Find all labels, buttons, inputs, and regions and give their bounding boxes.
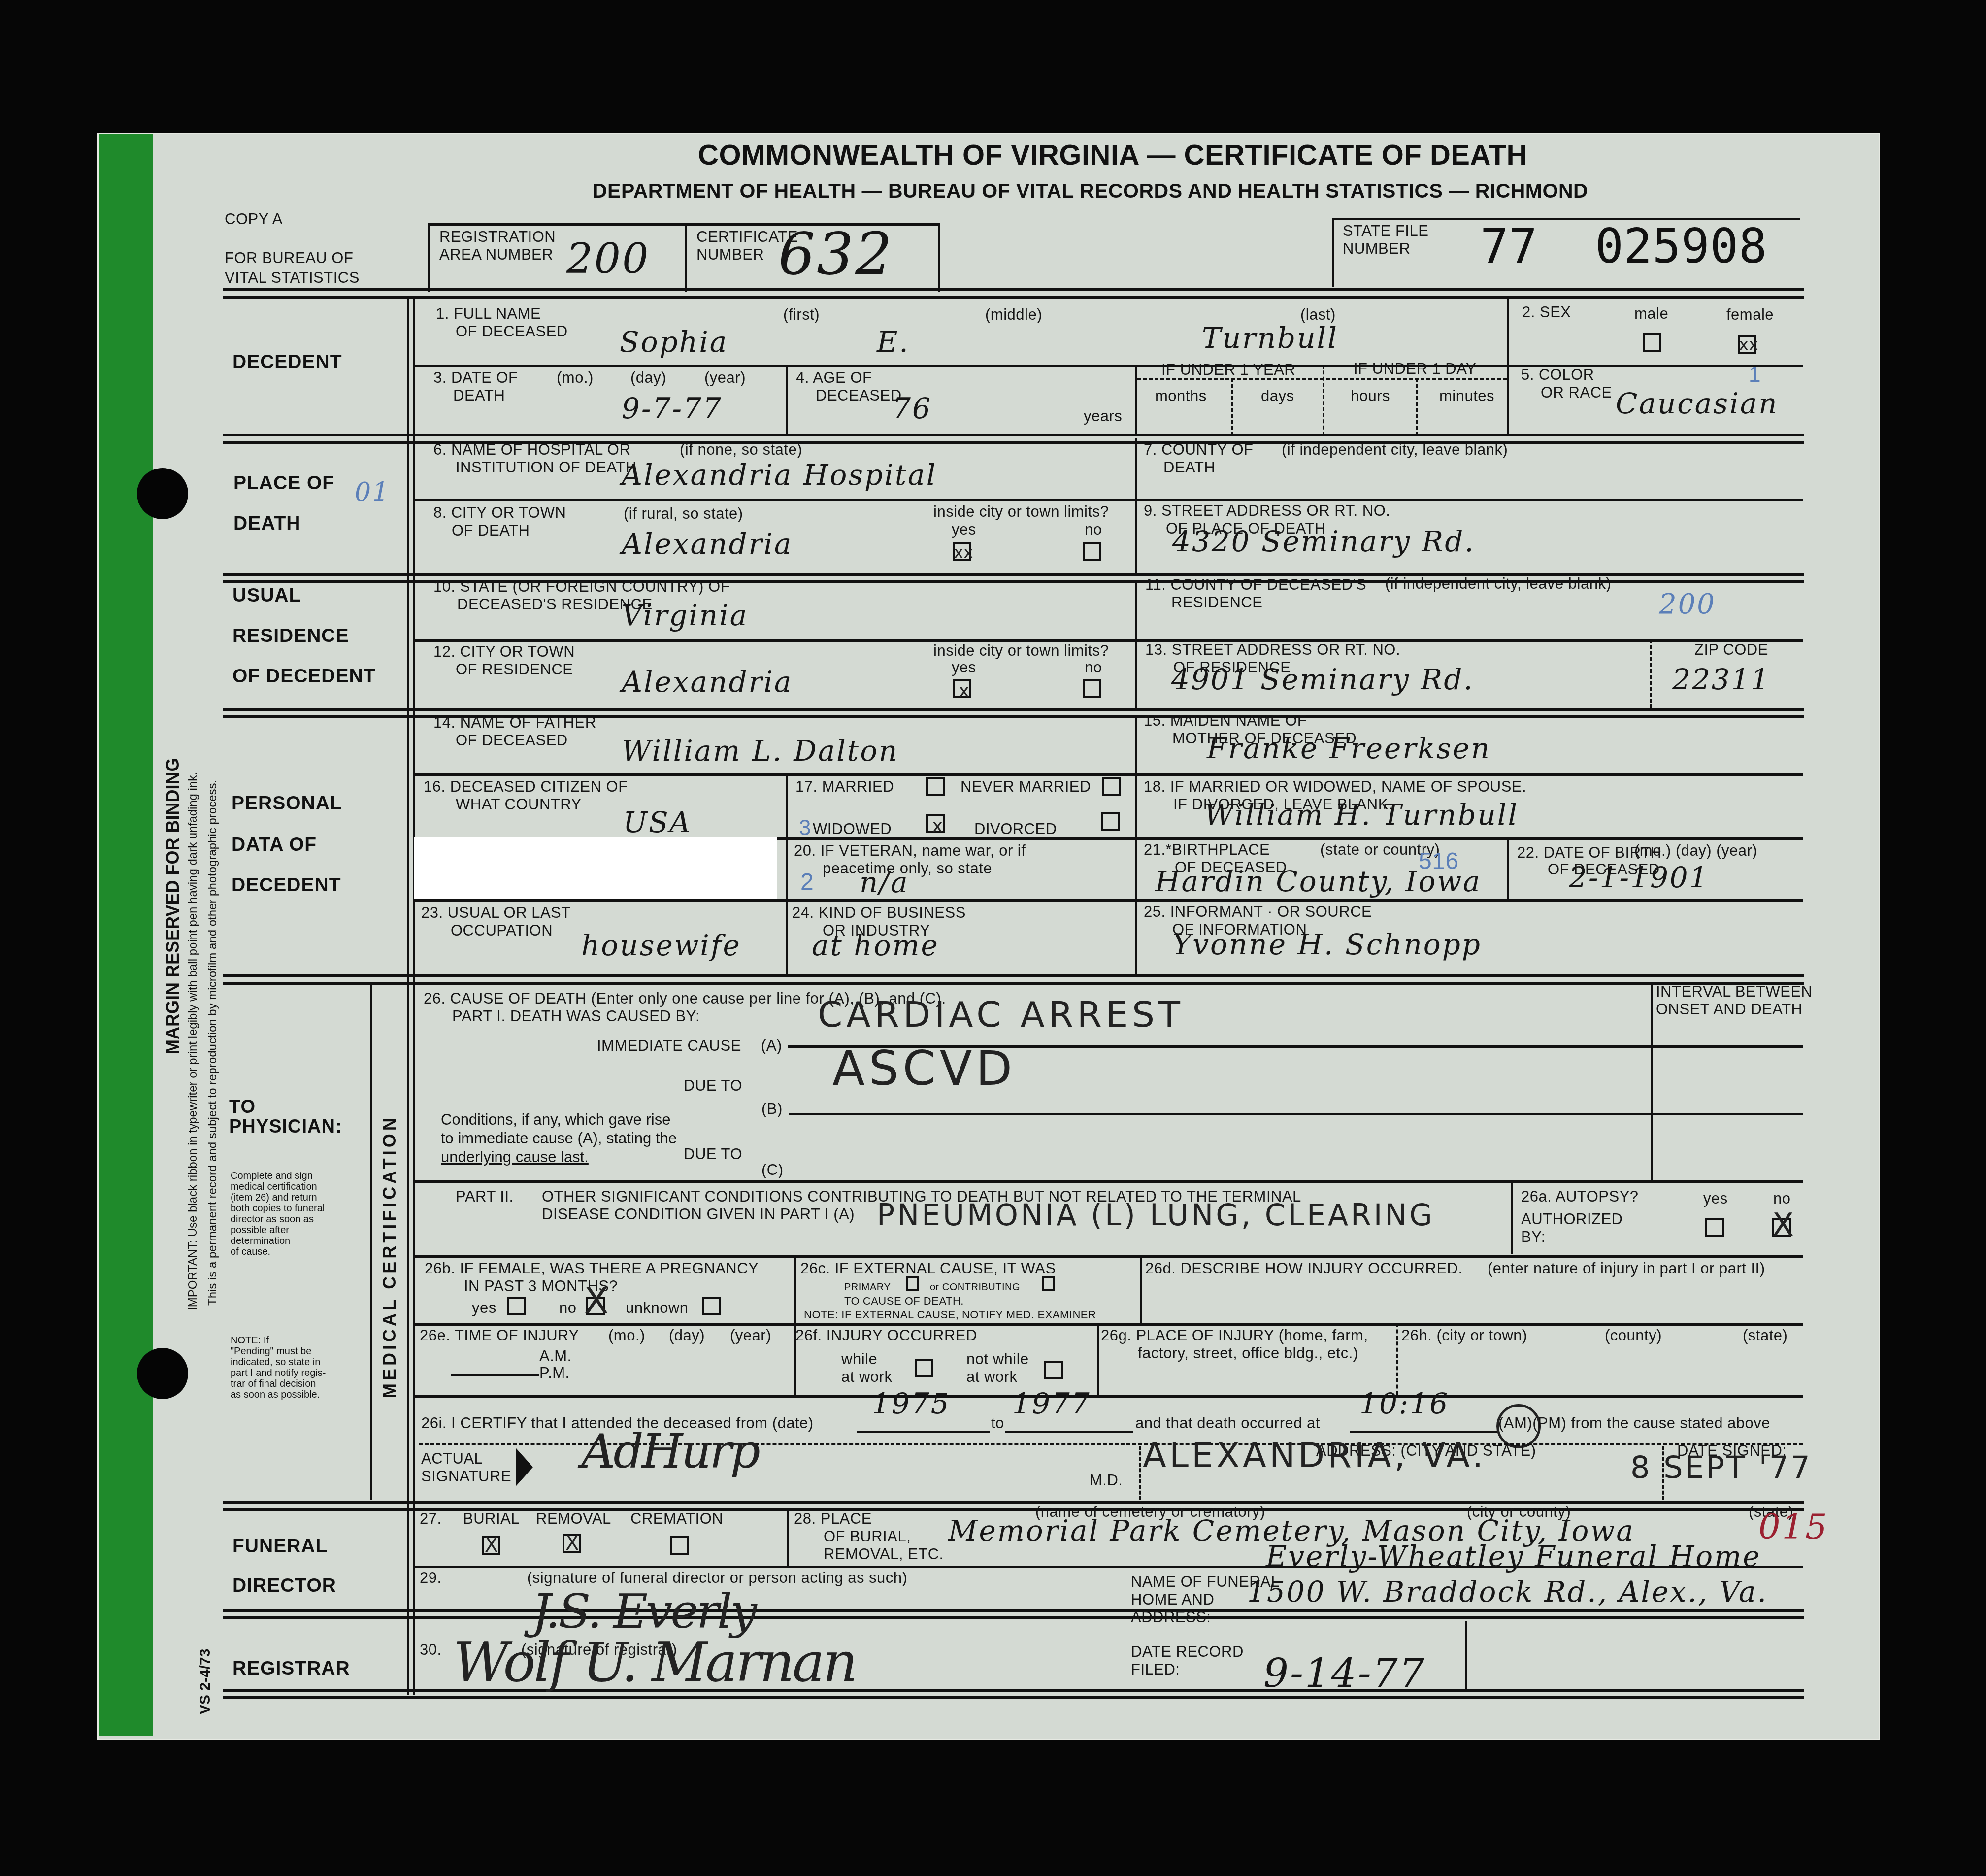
f1-label: 1. FULL NAME	[436, 304, 541, 323]
divider	[938, 223, 940, 292]
medical-certification-label: MEDICAL CERTIFICATION	[379, 1115, 400, 1398]
month-hint: (mo.)	[557, 368, 594, 387]
registration-label-2: AREA NUMBER	[439, 245, 553, 264]
while-at-work-checkbox[interactable]	[915, 1359, 933, 1377]
form-number: VS 2-4/73	[197, 1649, 214, 1714]
rule	[223, 288, 1804, 299]
due-to-label: DUE TO	[684, 1076, 742, 1095]
attended-from-value[interactable]: 1975	[872, 1394, 951, 1413]
f30-label: 30.	[420, 1641, 442, 1659]
actual-signature-label: ACTUAL	[421, 1449, 483, 1468]
ti-day-hint: (day)	[669, 1326, 705, 1344]
veteran-value[interactable]: n/a	[860, 873, 909, 892]
f6-label-2: INSTITUTION OF DEATH	[456, 458, 637, 476]
never-married-checkbox[interactable]	[1102, 777, 1121, 796]
at-work-label: at work	[841, 1368, 892, 1386]
pregnancy-yes-checkbox[interactable]	[507, 1297, 526, 1315]
f3-label: 3. DATE OF	[433, 368, 518, 387]
state-file-number: 77 025908	[1480, 222, 1767, 271]
marital-code: 3	[799, 819, 811, 837]
sex-male-checkbox[interactable]	[1643, 333, 1661, 352]
attended-to-value[interactable]: 1977	[1012, 1394, 1091, 1413]
f4-label: 4. AGE OF	[796, 368, 872, 387]
document-title: COMMONWEALTH OF VIRGINIA — CERTIFICATE O…	[698, 139, 1527, 171]
registration-label: REGISTRATION	[439, 228, 556, 246]
copy-label: COPY A	[225, 210, 283, 228]
f24-label: 24. KIND OF BUSINESS	[792, 904, 966, 922]
f23-label-2: OCCUPATION	[451, 921, 553, 939]
divider	[1097, 1323, 1099, 1395]
f4-label-2: DECEASED	[816, 386, 902, 404]
widowed-label: WIDOWED	[813, 820, 892, 838]
injury-state-hint: (state)	[1743, 1326, 1787, 1344]
divider	[786, 365, 788, 436]
section-registrar: REGISTRAR	[232, 1659, 350, 1678]
autopsy-no-checkbox[interactable]: X	[1772, 1218, 1791, 1237]
f20-label: 20. IF VETERAN, name war, or if	[794, 841, 1026, 860]
dashed-divider	[1231, 378, 1233, 435]
race-value[interactable]: Caucasian	[1616, 394, 1779, 413]
f14-label: 14. NAME OF FATHER	[433, 713, 596, 732]
dashed-divider	[1396, 1323, 1398, 1395]
f8-limits-label: inside city or town limits?	[933, 502, 1109, 521]
column-divider	[413, 296, 415, 1695]
f7-hint: (if independent city, leave blank)	[1282, 440, 1508, 459]
f11-label-2: RESIDENCE	[1171, 593, 1262, 611]
birthplace-value[interactable]: Hardin County, Iowa	[1155, 872, 1482, 891]
burial-label: BURIAL	[463, 1509, 520, 1528]
divider	[1135, 365, 1137, 436]
f3-label-2: DEATH	[453, 386, 505, 404]
section-physician: TO	[229, 1098, 256, 1116]
pregnancy-unknown-label: unknown	[626, 1299, 689, 1317]
cause-header-2: PART I. DEATH WAS CAUSED BY:	[452, 1007, 700, 1025]
injury-county-hint: (county)	[1605, 1326, 1662, 1344]
injury-city-hint: 26h. (city or town)	[1401, 1326, 1527, 1344]
f12-inside-no-checkbox[interactable]	[1083, 679, 1101, 698]
residence-street-value[interactable]: 4901 Seminary Rd.	[1171, 670, 1474, 689]
binding-strip	[99, 134, 153, 1736]
interval-label: INTERVAL BETWEEN	[1656, 982, 1813, 1001]
male-label: male	[1634, 304, 1668, 323]
time-of-death-value[interactable]: 10:16	[1359, 1394, 1449, 1413]
autopsy-label: 26a. AUTOPSY?	[1521, 1187, 1639, 1206]
section-place-of-death-2: DEATH	[233, 514, 300, 533]
divider	[1651, 983, 1653, 1180]
time-of-injury-label: 26e. TIME OF INJURY	[420, 1326, 579, 1344]
date-filed-label-2: FILED:	[1131, 1660, 1180, 1678]
occupation-value[interactable]: housewife	[581, 936, 741, 955]
contributing-checkbox[interactable]	[1042, 1276, 1055, 1291]
f12-inside-yes-checkbox[interactable]: x	[953, 679, 971, 698]
zip-label: ZIP CODE	[1694, 640, 1768, 659]
rule	[414, 1180, 1803, 1183]
pending-note: NOTE: If"Pending" must beindicated, so s…	[231, 1335, 373, 1400]
arrow-icon	[516, 1448, 533, 1486]
divider	[1507, 837, 1509, 901]
first-hint: (first)	[783, 305, 820, 324]
funeral-home-name-value[interactable]: Everly-Wheatley Funeral Home	[1266, 1547, 1761, 1566]
dashed-divider	[1650, 639, 1652, 708]
section-funeral-director: DIRECTOR	[232, 1576, 336, 1595]
margin-instruction-2: This is a permanent record and subject t…	[206, 780, 220, 1306]
f8-label: 8. CITY OR TOWN	[433, 503, 566, 522]
date-of-death-value[interactable]: 9-7-77	[622, 399, 723, 418]
f23-label: 23. USUAL OR LAST	[421, 904, 571, 922]
days-label: days	[1261, 387, 1294, 405]
f12-no-label: no	[1085, 658, 1102, 676]
f16-label-2: WHAT COUNTRY	[456, 795, 582, 813]
date-signed-value[interactable]: 8 SEPT '77	[1630, 1458, 1812, 1477]
dashed-divider	[1139, 1446, 1141, 1500]
pregnancy-no-checkbox[interactable]: X	[586, 1297, 605, 1315]
f28-label: 28. PLACE	[794, 1509, 872, 1528]
removal-checkbox[interactable]: X	[563, 1534, 581, 1553]
rule	[223, 974, 1804, 985]
state-code: 015	[1758, 1517, 1829, 1536]
primary-checkbox[interactable]	[906, 1276, 919, 1291]
rule	[414, 899, 1803, 902]
married-label: 17. MARRIED	[795, 777, 894, 796]
citizenship-value[interactable]: USA	[623, 813, 692, 832]
section-usual-residence: USUAL	[232, 586, 301, 605]
middle-name-value[interactable]: E.	[877, 333, 910, 351]
dashed-divider	[1323, 365, 1324, 435]
section-personal: PERSONAL	[232, 794, 342, 813]
industry-value[interactable]: at home	[812, 936, 939, 955]
not-at-work-label: at work	[966, 1368, 1017, 1386]
married-checkbox[interactable]	[926, 777, 945, 796]
divider	[1135, 717, 1137, 975]
f2-label: 2. SEX	[1522, 303, 1571, 321]
pregnancy-label: 26b. IF FEMALE, WAS THERE A PREGNANCY	[425, 1259, 759, 1277]
rule	[414, 365, 1803, 367]
years-label: years	[1084, 407, 1122, 425]
father-name-value[interactable]: William L. Dalton	[622, 741, 898, 760]
last-name-value[interactable]: Turnbull	[1202, 329, 1338, 347]
informant-value[interactable]: Yvonne H. Schnopp	[1172, 935, 1482, 954]
injury-description-label: 26d. DESCRIBE HOW INJURY OCCURRED.	[1145, 1259, 1463, 1277]
rule	[223, 1609, 1804, 1619]
mother-maiden-name-value[interactable]: Franke Freerksen	[1207, 739, 1491, 758]
injury-occurred-label: 26f. INJURY OCCURRED	[795, 1326, 977, 1344]
place-code: 01	[355, 483, 390, 502]
dashed-divider	[1416, 378, 1418, 435]
external-cause-label: 26c. IF EXTERNAL CAUSE, IT WAS	[800, 1259, 1056, 1277]
county-code: 200	[1659, 595, 1716, 614]
divider	[1140, 1255, 1142, 1324]
physician-signature[interactable]: AdHurp	[581, 1424, 759, 1479]
ampm-text: (AM)(PM) from the cause stated above	[1498, 1414, 1770, 1432]
rule	[414, 1395, 1803, 1398]
margin-title: MARGIN RESERVED FOR BINDING	[163, 758, 183, 1054]
under-day-label: IF UNDER 1 DAY	[1354, 360, 1476, 378]
cremation-label: CREMATION	[630, 1509, 723, 1528]
f29-label: 29.	[420, 1569, 442, 1587]
immediate-cause-label: IMMEDIATE CAUSE	[597, 1037, 741, 1055]
months-label: months	[1155, 387, 1207, 405]
first-name-value[interactable]: Sophia	[620, 333, 728, 351]
certificate-paper	[97, 133, 1880, 1740]
removal-label: REMOVAL	[536, 1509, 611, 1528]
f12-limits-label: inside city or town limits?	[933, 641, 1109, 660]
residence-state-value[interactable]: Virginia	[622, 606, 748, 625]
divider	[786, 773, 788, 975]
hours-label: hours	[1351, 387, 1390, 405]
f25-label: 25. INFORMANT · OR SOURCE	[1144, 903, 1372, 921]
f7-label-2: DEATH	[1163, 458, 1215, 476]
f12-yes-label: yes	[952, 658, 976, 676]
med-cert-divider	[370, 985, 372, 1500]
cause-a-marker: (A)	[761, 1037, 782, 1055]
f18-label: 18. IF MARRIED OR WIDOWED, NAME OF SPOUS…	[1144, 777, 1526, 796]
city-of-death-value[interactable]: Alexandria	[622, 535, 793, 553]
state-file-label: STATE FILE	[1343, 222, 1428, 240]
time-line	[451, 1374, 539, 1376]
to-label: to	[991, 1414, 1004, 1432]
f11-hint: (if independent city, leave blank)	[1385, 574, 1611, 593]
spouse-name-value[interactable]: William H. Turnbull	[1204, 805, 1519, 824]
md-label: M.D.	[1090, 1471, 1123, 1489]
burial-checkbox[interactable]: X	[482, 1536, 500, 1555]
binder-hole-bottom	[137, 1348, 188, 1399]
while-label: while	[841, 1350, 877, 1368]
hospital-value[interactable]: Alexandria Hospital	[622, 466, 937, 484]
due-to-label-2: DUE TO	[684, 1145, 742, 1163]
rule	[414, 773, 1803, 776]
autopsy-no-label: no	[1773, 1189, 1790, 1207]
residence-city-value[interactable]: Alexandria	[622, 672, 793, 691]
birth-date-value[interactable]: 2-1-1901	[1569, 868, 1709, 887]
margin-instruction-1: IMPORTANT: Use black ribbon in typewrite…	[186, 772, 200, 1310]
f1-label-2: OF DECEASED	[456, 322, 568, 340]
cause-a-value[interactable]: CARDIAC ARREST	[818, 1005, 1184, 1024]
copy-for-line-1: FOR BUREAU OF	[225, 249, 353, 267]
dashed-rule	[1137, 378, 1507, 380]
ti-year-hint: (year)	[730, 1326, 771, 1344]
year-hint: (year)	[704, 368, 746, 387]
f22-hint: (mo.) (day) (year)	[1634, 841, 1757, 860]
time-of-death-line	[1350, 1431, 1497, 1433]
column-divider	[407, 296, 409, 1695]
date-filed-label: DATE RECORD	[1131, 1642, 1244, 1661]
autopsy-yes-checkbox[interactable]	[1705, 1218, 1724, 1237]
age-value[interactable]: 76	[893, 399, 932, 418]
f28-label-3: REMOVAL, ETC.	[824, 1545, 944, 1563]
f8-inside-no-checkbox[interactable]	[1083, 542, 1101, 561]
date-filed-value[interactable]: 9-14-77	[1263, 1653, 1426, 1694]
physician-address-value[interactable]: ALEXANDRIA, VA.	[1143, 1446, 1486, 1465]
cause-c-marker: (C)	[761, 1161, 784, 1179]
autopsy-label-3: BY:	[1521, 1228, 1546, 1246]
divider	[685, 223, 687, 292]
document-subtitle: DEPARTMENT OF HEALTH — BUREAU OF VITAL R…	[593, 178, 1588, 203]
day-hint: (day)	[630, 368, 666, 387]
part2-label: PART II.	[456, 1187, 514, 1206]
f6-hint: (if none, so state)	[680, 440, 802, 459]
from-line	[857, 1431, 990, 1433]
am-label: A.M.	[539, 1347, 572, 1365]
registrar-signature[interactable]: Wolf U. Marnan	[453, 1631, 856, 1694]
funeral-home-label-3: ADDRESS:	[1131, 1608, 1211, 1626]
f7-label: 7. COUNTY OF	[1144, 440, 1253, 459]
redacted-field-19	[414, 837, 777, 899]
place-of-injury-label: 26g. PLACE OF INJURY (home, farm,	[1101, 1326, 1368, 1344]
funeral-home-label-2: HOME AND	[1131, 1590, 1214, 1608]
f14-label-2: OF DECEASED	[456, 731, 568, 749]
middle-hint: (middle)	[985, 305, 1042, 324]
divider	[794, 1255, 796, 1324]
cause-b-line	[789, 1113, 1803, 1115]
copy-for-line-2: VITAL STATISTICS	[225, 268, 360, 287]
zip-value[interactable]: 22311	[1672, 670, 1771, 689]
occurred-text: and that death occurred at	[1135, 1414, 1320, 1432]
section-personal-3: DECEDENT	[232, 876, 341, 895]
place-of-injury-label-2: factory, street, office bldg., etc.)	[1138, 1344, 1358, 1362]
divorced-label: DIVORCED	[974, 820, 1057, 838]
divider	[1511, 1180, 1513, 1254]
section-usual-residence-2: RESIDENCE	[232, 627, 349, 645]
pm-label: P.M.	[539, 1364, 570, 1382]
funeral-home-address-value[interactable]: 1500 W. Braddock Rd., Alex., Va.	[1247, 1582, 1768, 1601]
rule	[414, 1255, 1803, 1258]
race-code: 1	[1749, 366, 1761, 384]
under-year-label: IF UNDER 1 YEAR	[1161, 361, 1295, 379]
to-line	[1005, 1431, 1133, 1433]
conditions-note: Conditions, if any, which gave riseto im…	[441, 1110, 677, 1167]
f8-yes-label: yes	[952, 520, 976, 538]
f8-label-2: OF DEATH	[452, 521, 530, 539]
registration-number: 200	[566, 236, 650, 281]
section-place-of-death: PLACE OF	[233, 474, 334, 493]
death-street-value[interactable]: 4320 Seminary Rd.	[1172, 532, 1475, 551]
certificate-number: 632	[778, 224, 894, 283]
female-label: female	[1726, 305, 1774, 324]
divider	[787, 1507, 789, 1567]
f9-label: 9. STREET ADDRESS OR RT. NO.	[1144, 502, 1390, 520]
divider	[1332, 218, 1334, 287]
section-personal-2: DATA OF	[232, 836, 317, 854]
pregnancy-yes-label: yes	[472, 1299, 496, 1317]
state-file-label-2: NUMBER	[1343, 239, 1410, 258]
cause-b-marker: (B)	[761, 1100, 783, 1118]
divider	[1135, 581, 1137, 709]
autopsy-yes-label: yes	[1703, 1189, 1728, 1207]
cremation-checkbox[interactable]	[670, 1536, 689, 1555]
external-cause-note: NOTE: IF EXTERNAL CAUSE, NOTIFY MED. EXA…	[804, 1306, 1096, 1324]
minutes-label: minutes	[1439, 387, 1494, 405]
not-while-at-work-checkbox[interactable]	[1044, 1361, 1063, 1379]
never-married-label: NEVER MARRIED	[960, 777, 1091, 796]
f11-label: 11. COUNTY OF DECEASED'S	[1145, 575, 1366, 594]
widowed-checkbox[interactable]: x	[926, 814, 945, 833]
f12-label: 12. CITY OR TOWN	[433, 642, 575, 661]
f8-inside-yes-checkbox[interactable]: xx	[953, 542, 971, 561]
sex-female-checkbox[interactable]: xx	[1738, 335, 1756, 354]
interval-label-2: ONSET AND DEATH	[1656, 1000, 1802, 1018]
section-decedent: DECEDENT	[232, 353, 342, 371]
ti-month-hint: (mo.)	[608, 1326, 645, 1344]
divorced-checkbox[interactable]	[1101, 812, 1120, 831]
veteran-code: 2	[800, 873, 814, 892]
actual-signature-label-2: SIGNATURE	[421, 1467, 511, 1485]
f12-label-2: OF RESIDENCE	[456, 660, 573, 678]
divider	[428, 223, 430, 292]
f5-label-2: OR RACE	[1541, 383, 1612, 402]
pregnancy-no-label: no	[559, 1299, 576, 1317]
f10-label: 10. STATE (OR FOREIGN COUNTRY) OF	[433, 577, 730, 596]
part2-text-2: DISEASE CONDITION GIVEN IN PART I (A)	[542, 1205, 855, 1223]
not-while-label: not while	[966, 1350, 1029, 1368]
burial-place-value[interactable]: Memorial Park Cemetery, Mason City, Iowa	[948, 1521, 1635, 1540]
binder-hole-top	[137, 468, 188, 519]
f5-label: 5. COLOR	[1521, 366, 1594, 384]
f15-label: 15. MAIDEN NAME OF	[1144, 711, 1307, 730]
pregnancy-unknown-checkbox[interactable]	[702, 1297, 721, 1315]
f28-label-2: OF BURIAL,	[824, 1527, 911, 1545]
f13-label: 13. STREET ADDRESS OR RT. NO.	[1145, 640, 1400, 659]
f16-label: 16. DECEASED CITIZEN OF	[424, 777, 628, 796]
f6-label: 6. NAME OF HOSPITAL OR	[433, 440, 630, 459]
f21-label: 21.*BIRTHPLACE	[1144, 840, 1270, 859]
section-usual-residence-3: OF DECEDENT	[232, 667, 376, 686]
divider	[1465, 1621, 1467, 1690]
f8-hint: (if rural, so state)	[624, 504, 743, 523]
section-physician-2: PHYSICIAN:	[229, 1117, 342, 1136]
part2-value[interactable]: PNEUMONIA (L) LUNG, CLEARING	[877, 1206, 1435, 1225]
divider	[1135, 438, 1137, 575]
f8-no-label: no	[1085, 520, 1102, 538]
section-funeral: FUNERAL	[232, 1537, 328, 1556]
autopsy-label-2: AUTHORIZED	[1521, 1210, 1623, 1228]
physician-note: Complete and signmedical certification(i…	[231, 1171, 373, 1257]
certificate-label-2: NUMBER	[696, 245, 764, 264]
injury-description-hint: (enter nature of injury in part I or par…	[1488, 1259, 1765, 1277]
rule	[414, 499, 1803, 501]
f27-label: 27.	[420, 1509, 442, 1528]
cause-b-value[interactable]: ASCVD	[832, 1059, 1016, 1078]
rule	[414, 1323, 1803, 1326]
